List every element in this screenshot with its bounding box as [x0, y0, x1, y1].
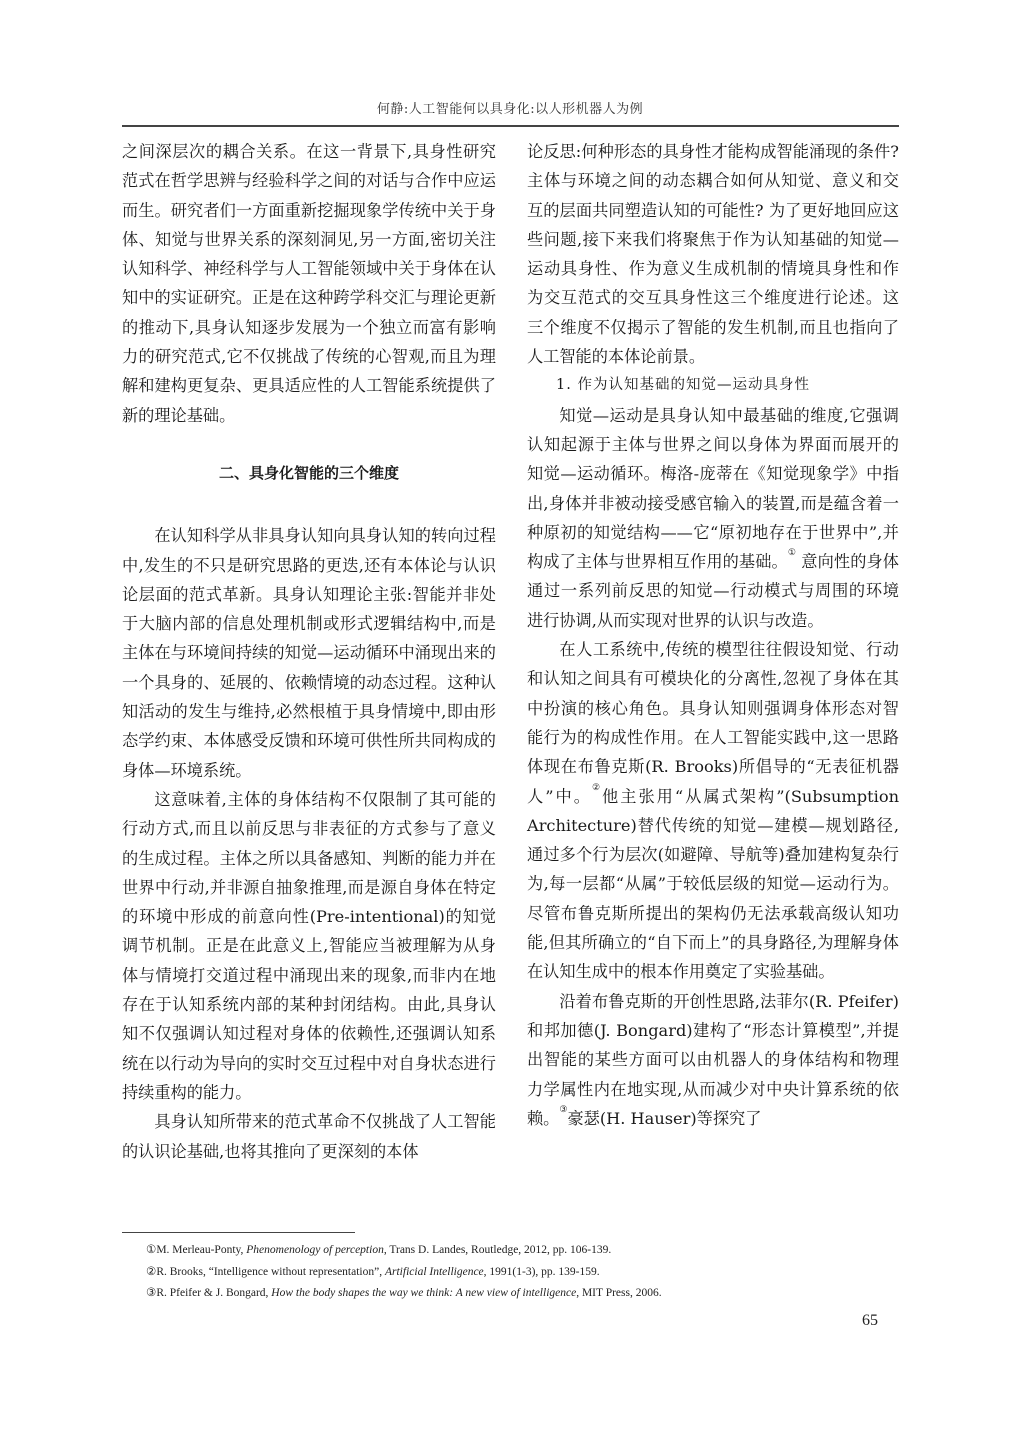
paragraph-continued: 之间深层次的耦合关系。在这一背景下,具身性研究范式在哲学思辨与经验科学之间的对话… — [122, 137, 496, 430]
footnote-title: How the body shapes the way we think: A … — [271, 1287, 576, 1299]
paragraph-text: 他主张用“从属式架构”(Subsumption Architecture)替代传… — [527, 787, 899, 982]
section-title: 二、具身化智能的三个维度 — [122, 459, 496, 488]
footnote-1: ①M. Merleau-Ponty, Phenomenology of perc… — [146, 1240, 906, 1262]
footnote-details: , MIT Press, 2006. — [576, 1287, 661, 1299]
left-column: 之间深层次的耦合关系。在这一背景下,具身性研究范式在哲学思辨与经验科学之间的对话… — [122, 137, 496, 1166]
footnote-marker: ③ — [146, 1287, 156, 1299]
header-rule — [122, 125, 899, 127]
footnote-ref-3[interactable]: ③ — [559, 1105, 567, 1115]
running-head: 何静:人工智能何以具身化:以人形机器人为例 — [0, 98, 1020, 117]
paragraph: 在认知科学从非具身认知向具身认知的转向过程中,发生的不只是研究思路的更迭,还有本… — [122, 521, 496, 785]
footnote-marker: ② — [146, 1266, 156, 1278]
footnote-2: ②R. Brooks, “Intelligence without repres… — [146, 1262, 906, 1284]
footnote-title: Phenomenology of perception — [246, 1244, 384, 1256]
paragraph-text: 豪瑟(H. Hauser)等探究了 — [567, 1109, 761, 1128]
footnote-author: R. Brooks, “Intelligence without represe… — [156, 1266, 385, 1278]
paragraph: 这意味着,主体的身体结构不仅限制了其可能的行动方式,而且以前反思与非表征的方式参… — [122, 785, 496, 1107]
footnote-author: M. Merleau-Ponty, — [156, 1244, 246, 1256]
footnote-ref-2[interactable]: ② — [592, 783, 602, 793]
footnote-details: , Trans D. Landes, Routledge, 2012, pp. … — [384, 1244, 611, 1256]
paragraph-text: 在人工系统中,传统的模型往往假设知觉、行动和认知之间具有可模块化的分离性,忽视了… — [527, 640, 899, 805]
page-number: 65 — [862, 1312, 878, 1330]
paragraph: 知觉—运动是具身认知中最基础的维度,它强调认知起源于主体与世界之间以身体为界面而… — [527, 401, 899, 635]
paragraph-text: 知觉—运动是具身认知中最基础的维度,它强调认知起源于主体与世界之间以身体为界面而… — [527, 406, 899, 571]
paragraph-continued: 论反思:何种形态的具身性才能构成智能涌现的条件? 主体与环境之间的动态耦合如何从… — [527, 137, 899, 371]
footnote-title: Artificial Intelligence — [385, 1266, 484, 1278]
footnote-ref-1[interactable]: ① — [788, 548, 796, 558]
footnote-details: , 1991(1-3), pp. 139-159. — [484, 1266, 600, 1278]
footnote-3: ③R. Pfeifer & J. Bongard, How the body s… — [146, 1283, 906, 1305]
footnotes: ①M. Merleau-Ponty, Phenomenology of perc… — [146, 1240, 906, 1305]
subsection-title: 1. 作为认知基础的知觉—运动具身性 — [527, 371, 899, 400]
footnote-author: R. Pfeifer & J. Bongard, — [156, 1287, 271, 1299]
paragraph: 在人工系统中,传统的模型往往假设知觉、行动和认知之间具有可模块化的分离性,忽视了… — [527, 635, 899, 987]
right-column: 论反思:何种形态的具身性才能构成智能涌现的条件? 主体与环境之间的动态耦合如何从… — [527, 137, 899, 1133]
footnote-rule — [122, 1232, 355, 1233]
paragraph: 沿着布鲁克斯的开创性思路,法菲尔(R. Pfeifer)和邦加德(J. Bong… — [527, 987, 899, 1133]
paragraph-text: 沿着布鲁克斯的开创性思路,法菲尔(R. Pfeifer)和邦加德(J. Bong… — [527, 992, 899, 1128]
paragraph: 具身认知所带来的范式革命不仅挑战了人工智能的认识论基础,也将其推向了更深刻的本体 — [122, 1107, 496, 1166]
footnote-marker: ① — [146, 1244, 156, 1256]
